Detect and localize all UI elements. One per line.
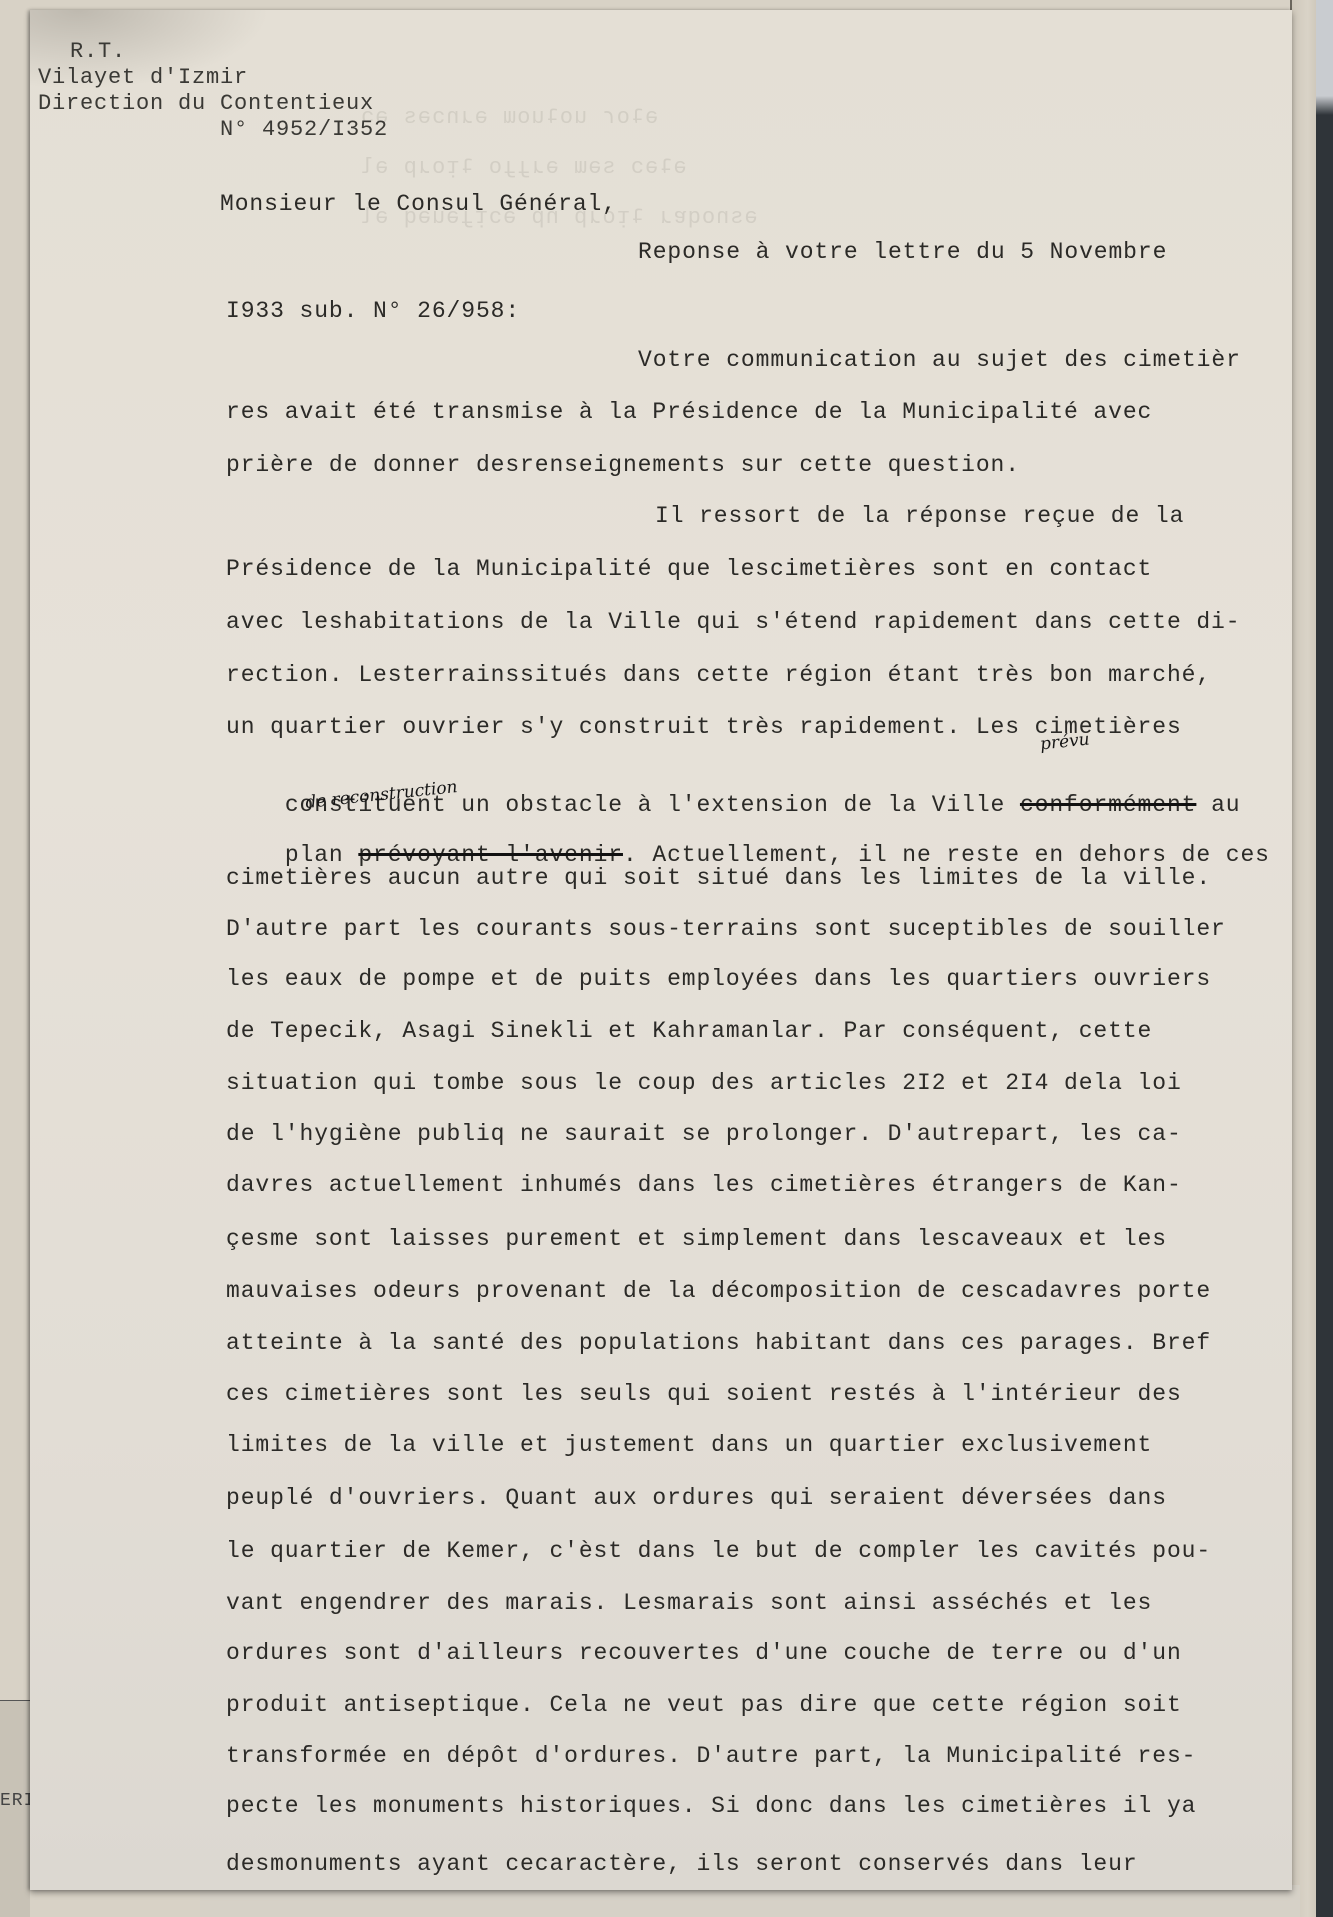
body-line: mauvaises odeurs provenant de la décompo… bbox=[226, 1277, 1211, 1305]
body-line: ordures sont d'ailleurs recouvertes d'un… bbox=[226, 1639, 1182, 1667]
body-line: Il ressort de la réponse reçue de la bbox=[655, 502, 1184, 530]
body-line: limites de la ville et justement dans un… bbox=[226, 1431, 1152, 1459]
body-line: çesme sont laisses purement et simplemen… bbox=[226, 1225, 1167, 1253]
subject-line-1: Reponse à votre lettre du 5 Novembre bbox=[638, 238, 1167, 266]
body-line: un quartier ouvrier s'y construit très r… bbox=[226, 713, 1182, 741]
body-line: pecte les monuments historiques. Si donc… bbox=[226, 1792, 1196, 1820]
body-line: de l'hygiène publiq ne saurait se prolon… bbox=[226, 1120, 1182, 1148]
header-direction: Direction du Contentieux bbox=[38, 90, 374, 118]
header-reference-number: N° 4952/I352 bbox=[220, 116, 388, 144]
letter-page: ǝʇoɾ uoʇuoɯ ǝɹnɔǝs ǝɔ ǝʇǝɔ sǝɯ ǝɹɟɟo ʇᴉo… bbox=[30, 10, 1292, 1890]
body-line: Votre communication au sujet des cimetiè… bbox=[638, 346, 1241, 374]
body-line: prière de donner desrenseignements sur c… bbox=[226, 451, 1020, 479]
body-line: desmonuments ayant cecaractère, ils sero… bbox=[226, 1850, 1138, 1878]
body-line: Présidence de la Municipalité que lescim… bbox=[226, 555, 1152, 583]
left-underlying-sheet: ERI bbox=[0, 1700, 30, 1917]
body-line: de Tepecik, Asagi Sinekli et Kahramanlar… bbox=[226, 1017, 1152, 1045]
body-line: les eaux de pompe et de puits employées … bbox=[226, 965, 1211, 993]
body-line: cimetières aucun autre qui soit situé da… bbox=[226, 864, 1211, 892]
header-vilayet: Vilayet d'Izmir bbox=[38, 64, 248, 92]
body-line: situation qui tombe sous le coup des art… bbox=[226, 1069, 1182, 1097]
body-line: davres actuellement inhumés dans les cim… bbox=[226, 1171, 1182, 1199]
page-stack-edge bbox=[1290, 0, 1319, 1917]
body-line: res avait été transmise à la Présidence … bbox=[226, 398, 1152, 426]
body-line: atteinte à la santé des populations habi… bbox=[226, 1329, 1211, 1357]
subject-line-2: I933 sub. N° 26/958: bbox=[226, 297, 520, 325]
header-rt: R.T. bbox=[70, 38, 126, 66]
body-line: le quartier de Kemer, c'èst dans le but … bbox=[226, 1537, 1211, 1565]
body-line: produit antiseptique. Cela ne veut pas d… bbox=[226, 1691, 1182, 1719]
handwritten-correction: prévu bbox=[1039, 729, 1090, 754]
body-line: ces cimetières sont les seuls qui soient… bbox=[226, 1380, 1182, 1408]
bleed-through-text: ǝʇǝɔ sǝɯ ǝɹɟɟo ʇᴉoɹp ǝl bbox=[360, 155, 687, 180]
body-line: D'autre part les courants sous-terrains … bbox=[226, 915, 1226, 943]
bleed-through-text: ǝʇoɾ uoʇuoɯ ǝɹnɔǝs ǝɔ bbox=[360, 105, 658, 130]
body-line: rection. Lesterrainssitués dans cette ré… bbox=[226, 661, 1211, 689]
body-line: transformée en dépôt d'ordures. D'autre … bbox=[226, 1742, 1196, 1770]
background-surface bbox=[1316, 0, 1333, 1917]
salutation: Monsieur le Consul Général, bbox=[220, 190, 617, 218]
body-line: vant engendrer des marais. Lesmarais son… bbox=[226, 1589, 1152, 1617]
body-line: peuplé d'ouvriers. Quant aux ordures qui… bbox=[226, 1484, 1167, 1512]
body-line: avec leshabitations de la Ville qui s'ét… bbox=[226, 608, 1240, 636]
